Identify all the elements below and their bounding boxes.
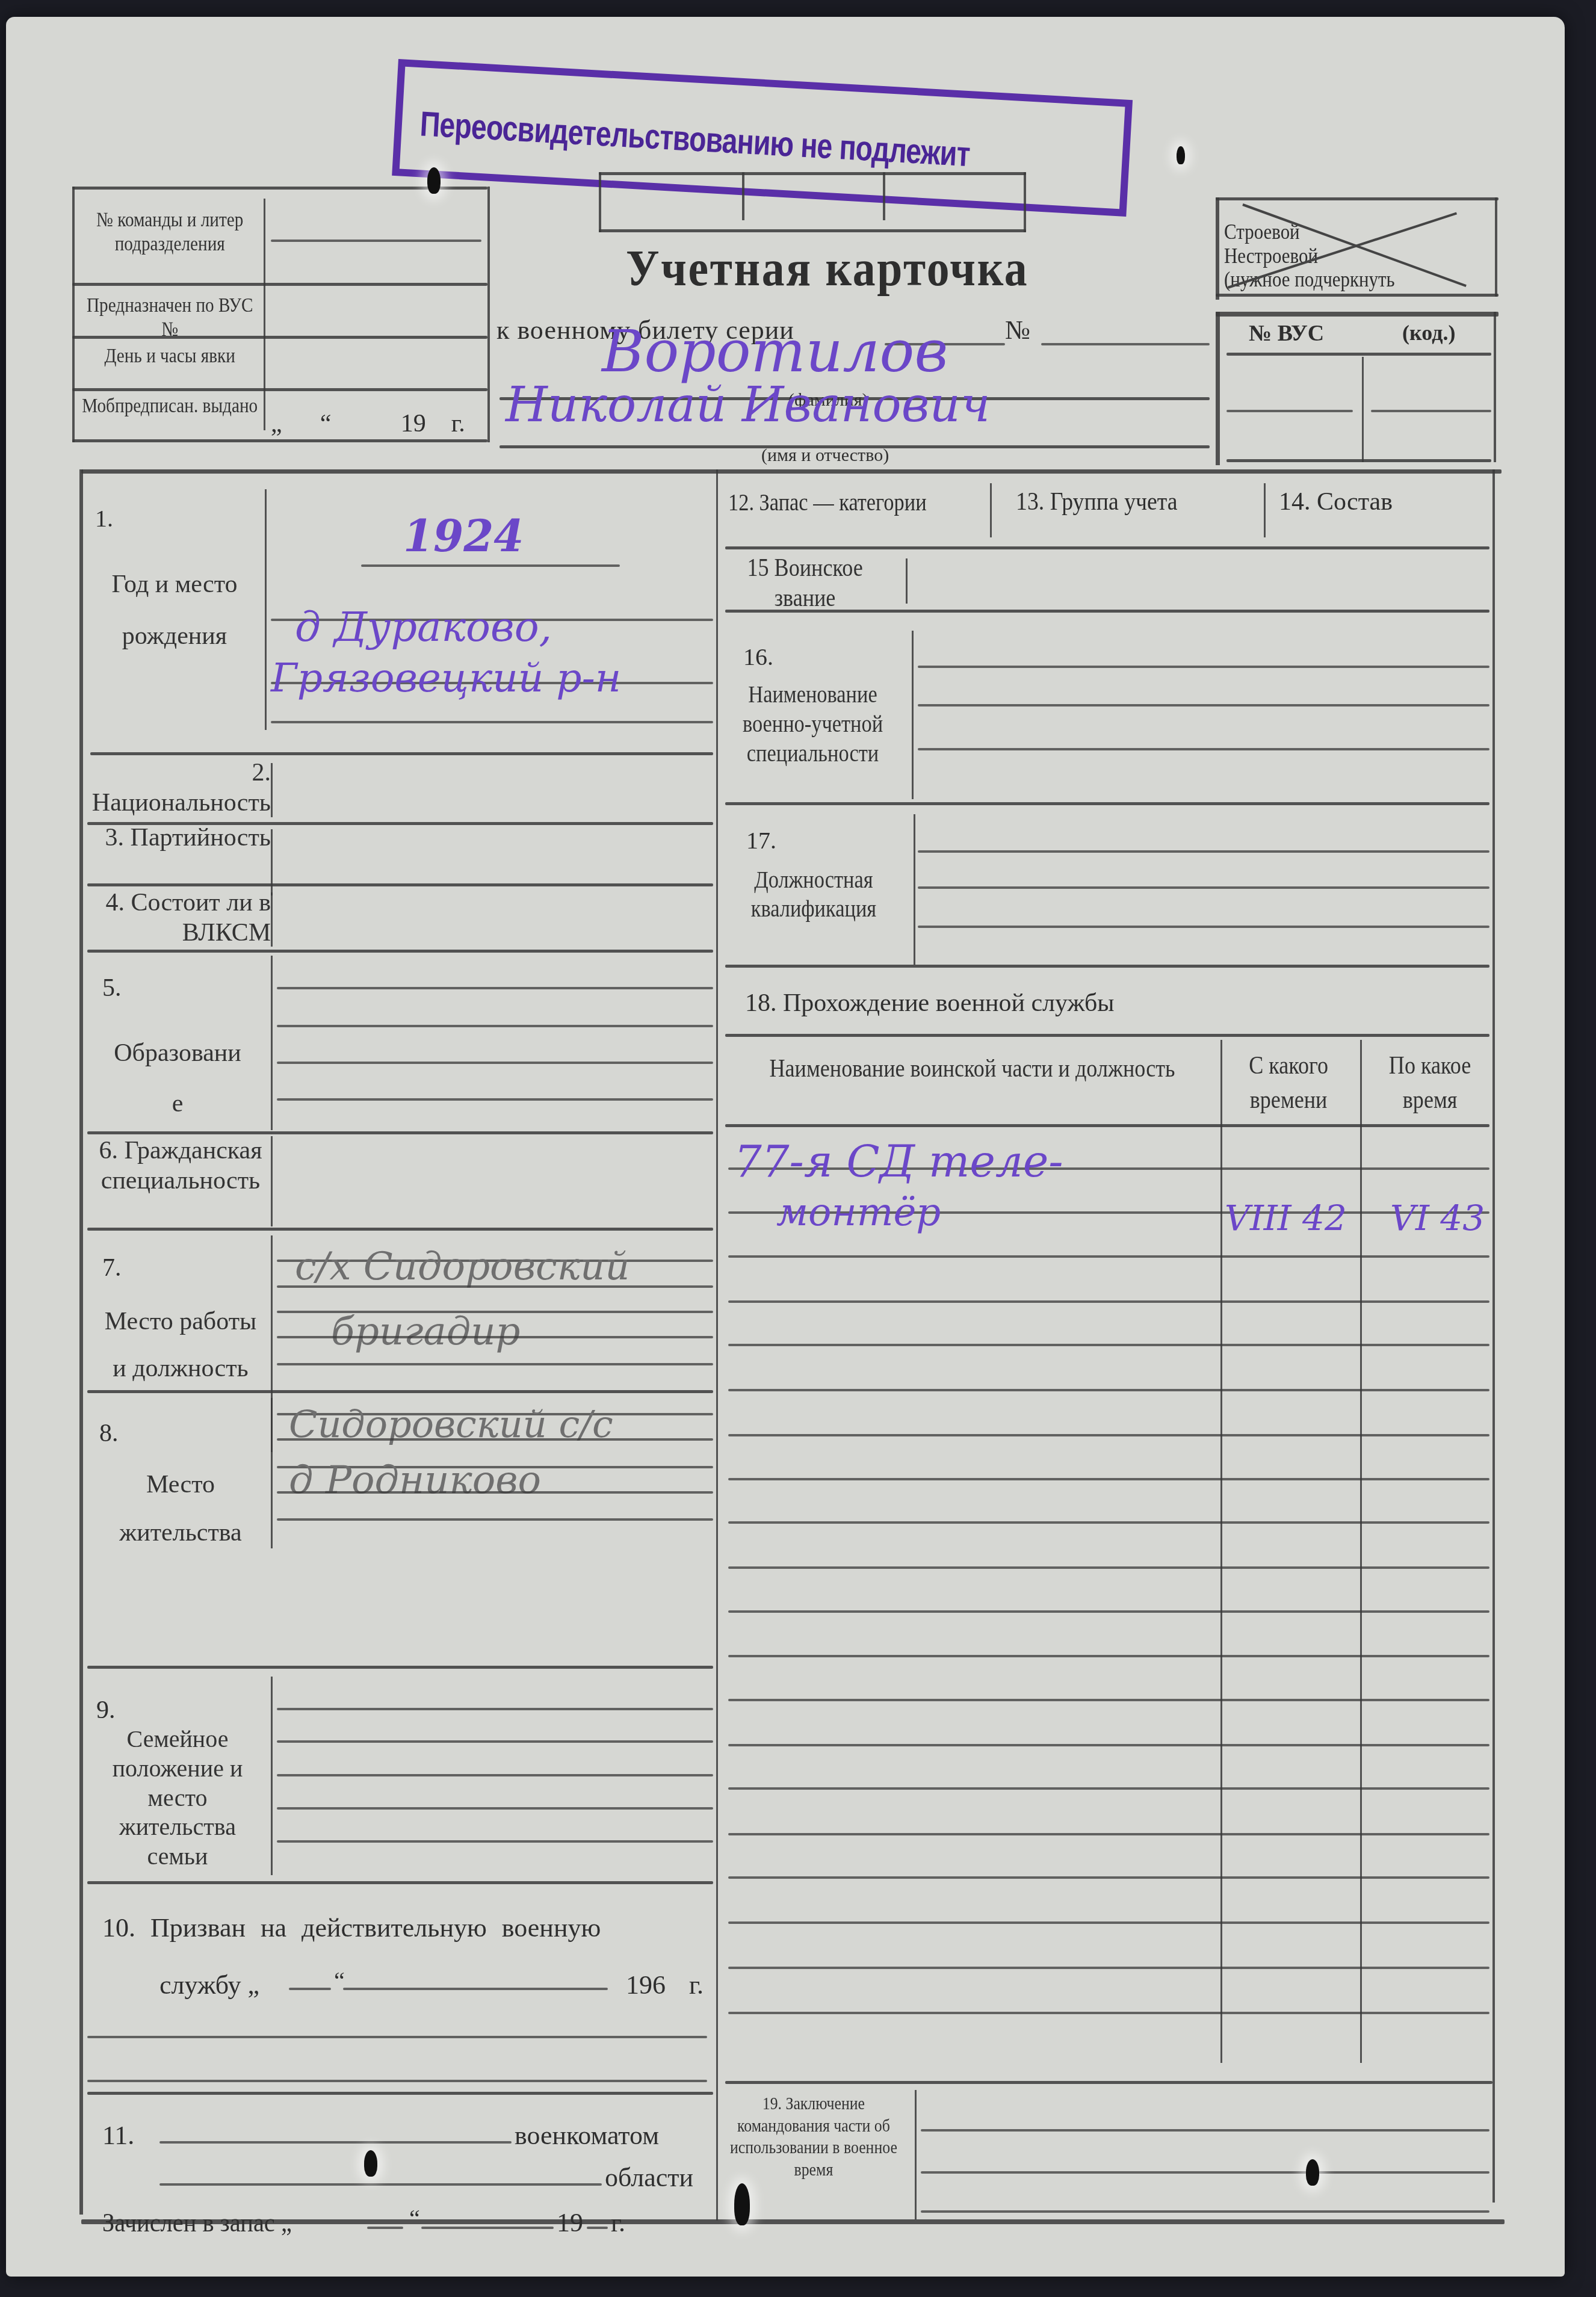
section-13-label: 13. Группа учета: [1016, 487, 1178, 516]
punch-hole: [1306, 2159, 1319, 2186]
vus-code-box: № ВУС (код.): [1216, 312, 1499, 465]
section-8-label: Место жительства: [90, 1461, 271, 1557]
section-1-label: Год и место рождения: [84, 558, 265, 662]
column-header-from: С какого времени: [1219, 1049, 1358, 1117]
section-2-label: 2. Национальность: [90, 758, 271, 818]
code-box: [599, 172, 1026, 232]
section-12-label: 12. Запас — категории: [728, 486, 945, 519]
service-unit-line-2: монтёр: [776, 1190, 941, 1235]
label-appearance-time: День и часы явки: [82, 344, 258, 368]
stamp-text: Переосвидетельствованию не подлежит: [419, 104, 971, 175]
service-history-table: [725, 1124, 1489, 2063]
column-header-unit: Наименование воинской части и должность: [752, 1052, 1192, 1086]
mob-order-date: „ “ 19 г.: [271, 409, 465, 438]
section-14-label: 14. Состав: [1279, 487, 1393, 516]
service-type-box: Строевой Нестроевой (нужное подчеркнуть: [1216, 197, 1499, 300]
label-vus-assignment: Предназначен по ВУС №: [82, 294, 258, 342]
section-16-label: Наименование военно-учетной специальност…: [722, 680, 903, 768]
residence-village-value: д Родниково: [289, 1458, 541, 1503]
header-left-box: № команды и литер подразделения Предназн…: [72, 187, 487, 442]
vus-code-header: (код.): [1402, 320, 1455, 345]
section-5-number: 5.: [102, 974, 122, 1003]
position-value: бригадир: [331, 1309, 521, 1354]
section-10-year: 196: [626, 1970, 666, 2000]
name-patronymic-value: Николай Иванович: [506, 377, 991, 433]
service-to-date: VI 43: [1390, 1198, 1485, 1238]
column-header-to: По какое время: [1360, 1049, 1500, 1117]
section-5-label: Образование: [108, 1028, 247, 1129]
punch-hole: [364, 2150, 377, 2177]
name-caption: (имя и отчество): [761, 445, 889, 466]
section-9-number: 9.: [96, 1696, 116, 1725]
section-16-number: 16.: [743, 643, 773, 671]
punch-hole: [1177, 146, 1185, 164]
label-command-number: № команды и литер подразделения: [82, 208, 258, 256]
section-4-label: 4. Состоит ли в ВЛКСМ: [84, 888, 271, 948]
surname-value: Воротилов: [602, 318, 948, 385]
section-19-label: 19. Заключение командования части об исп…: [728, 2093, 899, 2181]
vus-number-header: № ВУС: [1249, 320, 1324, 347]
section-10-service-label: службу „: [159, 1970, 259, 2000]
section-17-number: 17.: [746, 826, 776, 855]
service-from-date: VIII 42: [1225, 1198, 1347, 1238]
ticket-number-label: №: [1005, 315, 1030, 345]
voenkomat-label: военкоматом: [515, 2120, 659, 2151]
punch-hole: [734, 2183, 750, 2225]
section-15-label: 15 Воинское звание: [722, 554, 888, 613]
label-mob-order: Мобпредписан. выдано: [82, 394, 258, 418]
reserve-enrollment-label: Зачислен в запас „: [102, 2207, 292, 2238]
section-9-label: Семейное положение и место жительства се…: [90, 1725, 265, 1872]
section-1-number: 1.: [95, 504, 113, 533]
section-10-label: 10. Призван на действительную военную: [102, 1912, 601, 1943]
section-8-number: 8.: [99, 1419, 119, 1448]
workplace-value: с/х Сидоровский: [295, 1244, 629, 1289]
reserve-year: 19: [557, 2207, 583, 2238]
service-unit-line-1: 77-я СД теле-: [734, 1136, 1063, 1187]
section-7-label: Место работы и должность: [96, 1299, 265, 1392]
record-card: Переосвидетельствованию не подлежит № ко…: [6, 17, 1565, 2277]
page-title: Учетная карточка: [626, 240, 1028, 298]
section-11-number: 11.: [102, 2120, 134, 2151]
section-6-label: 6. Гражданская специальность: [90, 1136, 271, 1196]
punch-hole: [427, 167, 441, 194]
section-18-title: 18. Прохождение военной службы: [745, 989, 1115, 1018]
birth-village-value: д Дураково,: [295, 604, 552, 651]
birth-year-value: 1924: [403, 510, 524, 561]
section-3-label: 3. Партийность: [90, 823, 271, 853]
section-17-label: Должностная квалификация: [728, 865, 899, 923]
birth-district-value: Грязовецкий р-н: [271, 655, 621, 701]
section-7-number: 7.: [102, 1254, 122, 1282]
oblast-label: области: [605, 2162, 693, 2193]
